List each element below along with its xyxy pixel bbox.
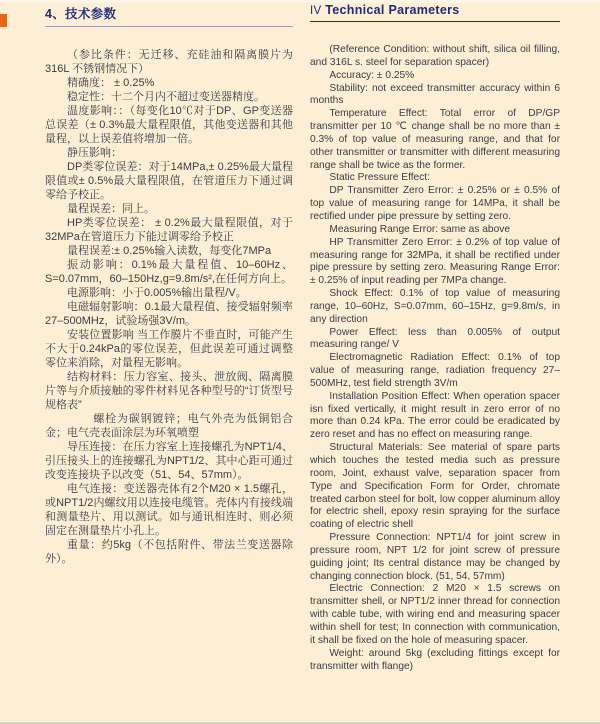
- paragraph: HP Transmitter Zero Error: ± 0.2% of top…: [310, 237, 560, 288]
- paragraph: Electric Connection: 2 M20 × 1.5 screws …: [310, 583, 560, 647]
- paragraph: Stability: not exceed transmitter accura…: [310, 83, 560, 109]
- paragraph: 电源影响：小于0.005%输出量程/V。: [45, 286, 293, 300]
- paragraph: Electromagnetic Radiation Effect: 0.1% o…: [310, 352, 560, 391]
- paragraph: Structural Materials: See material of sp…: [310, 442, 560, 532]
- english-section-title: IV Technical Parameters: [310, 3, 560, 22]
- manual-page: 4、技术参数 （参比条件：无迁移、充硅油和隔离膜片为316L 不锈钢情况下）精确…: [0, 0, 600, 724]
- paragraph: DP类零位误差：对于14MPa,± 0.25%最大量程限值或± 0.5%最大量程…: [45, 160, 293, 202]
- paragraph: Installation Position Effect: When opera…: [310, 391, 560, 442]
- paragraph: Pressure Connection: NPT1/4 for joint sc…: [310, 532, 560, 583]
- paragraph: 导压连接：在压力容室上连接螺孔为NPT1/4、引压接头上的连接螺孔为NPT1/2…: [45, 440, 293, 482]
- paragraph: 电气连接：变送器壳体有2个M20 × 1.5螺孔，或NPT1/2内螺纹用以连接电…: [45, 482, 293, 538]
- paragraph: Measuring Range Error: same as above: [310, 224, 560, 237]
- paragraph: HP类零位误差： ± 0.2%最大量程限值，对于32MPa在管道压力下能过调零给…: [45, 216, 293, 244]
- english-column: IV Technical Parameters (Reference Condi…: [310, 3, 560, 673]
- paragraph: 电磁辐射影响：0.1最大量程值、接受辐射频率27–500MHz，试验场强3V/m…: [45, 300, 293, 328]
- paragraph: Accuracy: ± 0.25%: [310, 70, 560, 83]
- paragraph: 量程误差：同上。: [45, 202, 293, 216]
- paragraph: 安装位置影响 当工作膜片不垂直时，可能产生不大于0.24kPa的零位误差，但此误…: [45, 328, 293, 370]
- chinese-paragraphs: （参比条件：无迁移、充硅油和隔离膜片为316L 不锈钢情况下）精确度： ± 0.…: [45, 27, 293, 566]
- english-paragraphs: (Reference Condition: without shift, sil…: [310, 22, 560, 673]
- paragraph: Weight: around 5kg (excluding fittings e…: [310, 648, 560, 674]
- section-number: IV: [310, 5, 321, 17]
- paragraph: Static Pressure Effect:: [310, 172, 560, 185]
- paragraph: Shock Effect: 0.1% of top value of measu…: [310, 288, 560, 327]
- paragraph: Power Effect: less than 0.005% of output…: [310, 327, 560, 353]
- left-edge-orange-mark: [0, 14, 7, 27]
- paragraph: (Reference Condition: without shift, sil…: [310, 44, 560, 70]
- paragraph: 量程误差:± 0.25%输入读数，每变化7MPa: [45, 244, 293, 258]
- paragraph: 静压影响：: [45, 146, 293, 160]
- paragraph: 精确度： ± 0.25%: [45, 76, 293, 90]
- paragraph: 螺栓为碳钢镀锌；电气外壳为低铜铝合金；电气壳表面涂层为环氧喷塑: [45, 412, 293, 440]
- paragraph: DP Transmitter Zero Error: ± 0.25% or ± …: [310, 185, 560, 224]
- paragraph: 振动影响：0.1%最大量程值、10–60Hz、S=0.07mm，60–150Hz…: [45, 258, 293, 286]
- paragraph: Temperature Effect: Total error of DP/GP…: [310, 108, 560, 172]
- paragraph: 温度影响：：（每变化10℃对于DP、GP变送器总误差（± 0.3%最大量程限值，…: [45, 104, 293, 146]
- paragraph: 结构材料：压力容室、接头、泄放阀、隔离膜片等与介质接触的零件材料见各种型号的“订…: [45, 370, 293, 412]
- paragraph: 重量：约5kg（不包括附件、带法兰变送器除外）。: [45, 538, 293, 566]
- chinese-column: 4、技术参数 （参比条件：无迁移、充硅油和隔离膜片为316L 不锈钢情况下）精确…: [45, 4, 293, 566]
- paragraph: 稳定性：十二个月内不超过变送器精度。: [45, 90, 293, 104]
- english-section-title-text: Technical Parameters: [325, 3, 459, 17]
- paragraph: （参比条件：无迁移、充硅油和隔离膜片为316L 不锈钢情况下）: [45, 48, 293, 76]
- chinese-section-title: 4、技术参数: [45, 4, 293, 27]
